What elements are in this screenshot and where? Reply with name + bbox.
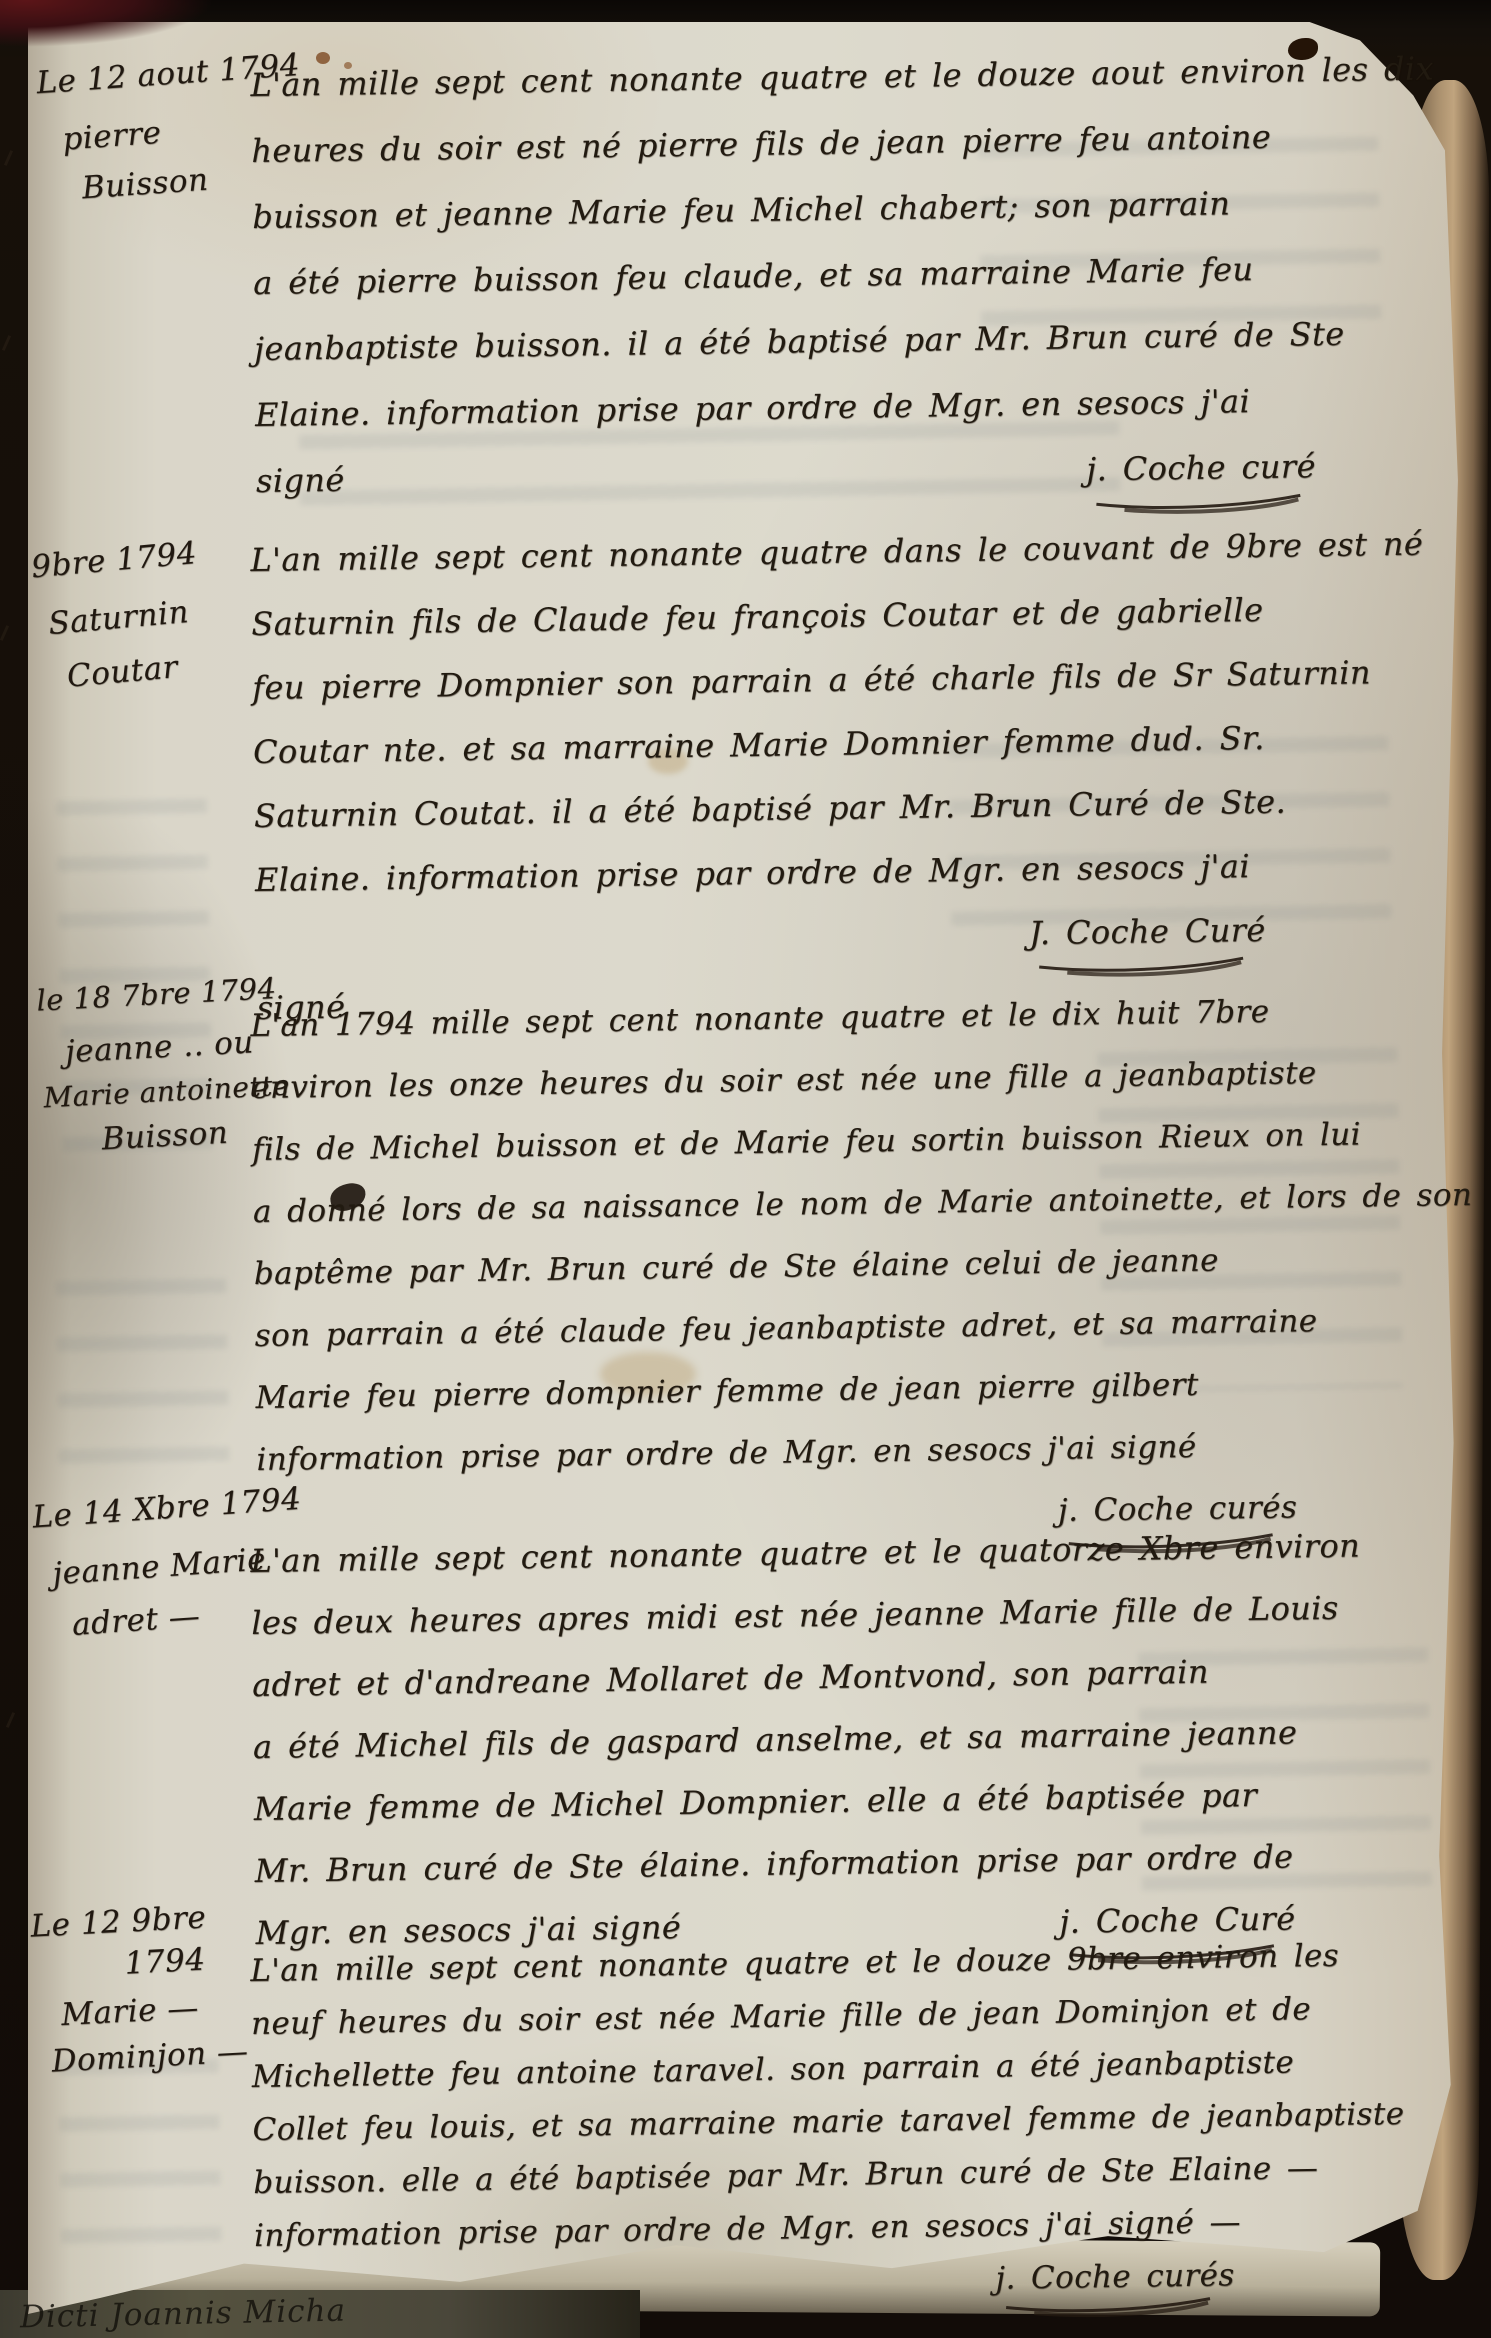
margin-year: 1794 bbox=[124, 1940, 245, 1982]
photo-of-parish-register: { "colors":{"paper":"#d9d4c6","ink":"#21… bbox=[0, 0, 1491, 2338]
priest-signature: J. Coche Curé bbox=[1029, 898, 1266, 965]
manuscript-content: Le 12 aout 1794 pierre Buisson L'an mill… bbox=[0, 0, 1491, 2338]
entry-text: L'an mille sept cent nonante quatre et l… bbox=[250, 1928, 1445, 2316]
signature-flourish bbox=[1037, 952, 1247, 981]
margin-firstname: Saturnin bbox=[47, 593, 204, 642]
margin-date: Le 14 Xbre 1794 bbox=[31, 1481, 302, 1536]
margin-surname: Coutar bbox=[66, 647, 209, 695]
priest-signature: j. Coche curé bbox=[1086, 433, 1317, 502]
entry-text: L'an mille sept cent nonante quatre et l… bbox=[250, 35, 1446, 514]
margin-firstname: Marie — bbox=[60, 1987, 247, 2033]
signe-word: signé bbox=[256, 447, 346, 514]
signature-flourish bbox=[1004, 2293, 1214, 2322]
margin-surname: Dominjon — bbox=[51, 2033, 250, 2079]
entry-text: L'an mille sept cent nonante quatre et l… bbox=[250, 1513, 1446, 1964]
margin-date: 9bre 1794 bbox=[30, 535, 198, 585]
margin-note: 9bre 1794 Saturnin Coutar bbox=[30, 535, 208, 697]
margin-date: Le 12 9bre bbox=[30, 1898, 242, 1945]
margin-note: Le 12 9bre 1794 Marie — Dominjon — bbox=[30, 1898, 250, 2081]
priest-signature: j. Coche curés bbox=[995, 2249, 1235, 2305]
entry-text: L'an mille sept cent nonante quatre dans… bbox=[250, 511, 1447, 1040]
margin-date: le 18 7bre 1794 bbox=[36, 971, 286, 1018]
entry-text: L'an 1794 mille sept cent nonante quatre… bbox=[250, 978, 1448, 1553]
